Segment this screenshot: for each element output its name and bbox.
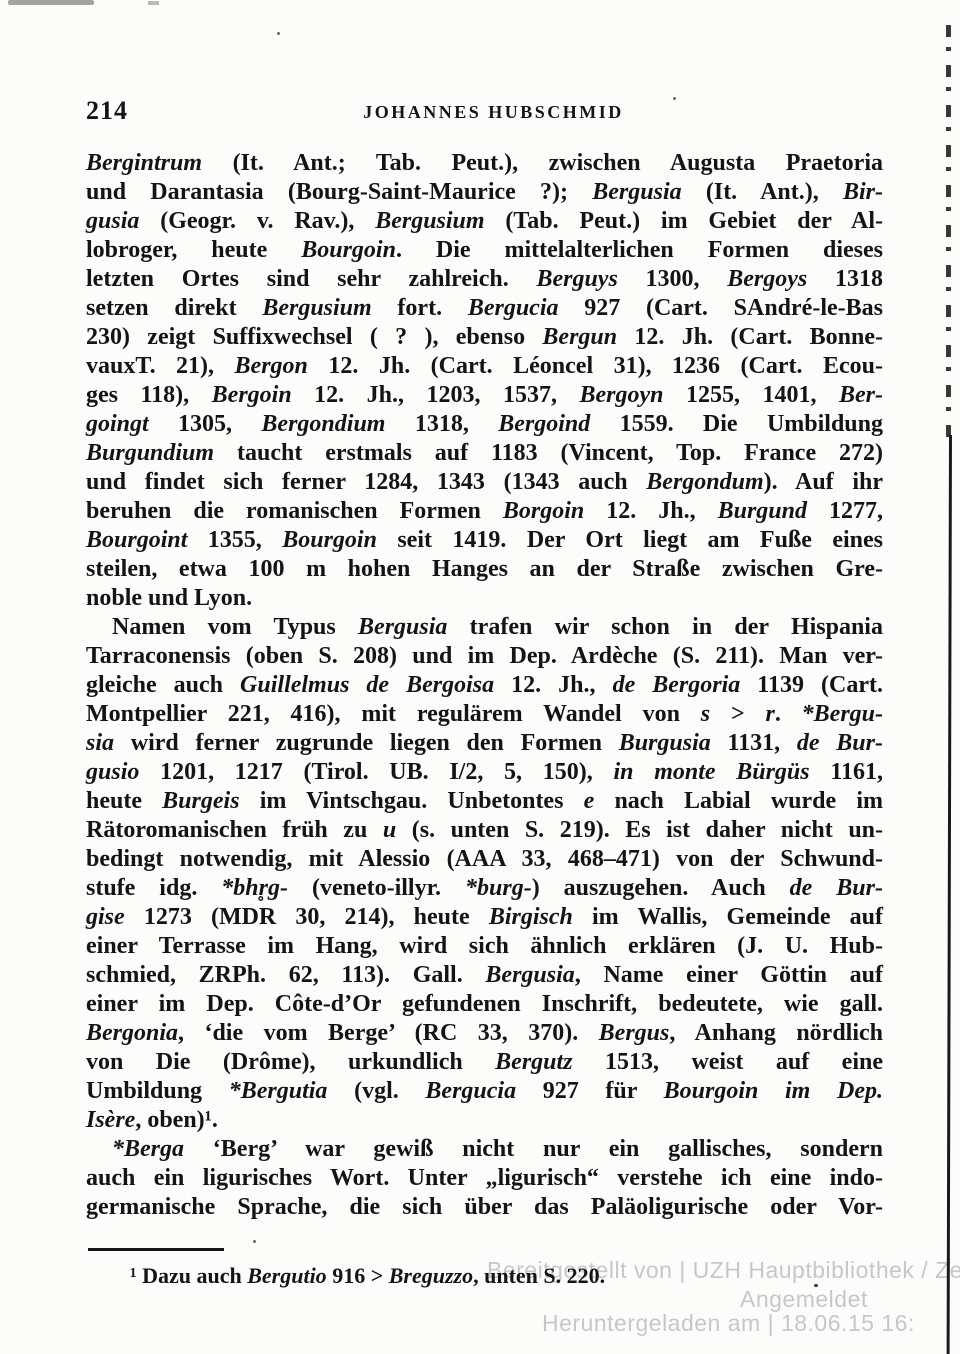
italic-text: Bergoys: [727, 266, 807, 292]
regular-text: , ‘die vom Berge’ (RC 33, 370).: [178, 1020, 599, 1046]
text-line: einer Terrasse im Hang, wird sich ähnlic…: [86, 932, 883, 961]
italic-text: Isère: [86, 1107, 135, 1133]
scanned-book-page: 214 JOHANNES HUBSCHMID Bergintrum (It. A…: [0, 0, 960, 1354]
text-line: gleiche auch Guillelmus de Bergoisa 12. …: [86, 671, 883, 700]
regular-text: Namen vom Typus: [112, 614, 358, 640]
watermark-downloaded-at: Heruntergeladen am | 18.06.15 16:: [542, 1310, 915, 1337]
regular-text: (Geogr. v. Rav.),: [139, 208, 375, 234]
text-line: einer im Dep. Côte-d’Or gefundenen Insch…: [86, 990, 883, 1019]
scan-speck: [814, 1284, 818, 1287]
text-line: gise 1273 (MDR 30, 214), heute Birgisch …: [86, 903, 883, 932]
footnote-text: ¹ Dazu auch Bergutio 916 > Breguzzo, unt…: [86, 1262, 883, 1289]
italic-text: Bergusia: [358, 614, 447, 640]
text-line: setzen direkt Bergusium fort. Bergucia 9…: [86, 294, 883, 323]
regular-text: ges 118),: [86, 382, 212, 408]
regular-text: ). Auf ihr: [764, 469, 883, 495]
italic-text: r: [765, 701, 774, 727]
regular-text: (Tab. Peut.) im Gebiet der Al-: [485, 208, 883, 234]
text-line: Namen vom Typus Bergusia trafen wir scho…: [86, 613, 883, 642]
italic-text: Bergoyn: [580, 382, 664, 408]
regular-text: 1201, 1217 (Tirol. UB. I/2, 5, 150),: [139, 759, 613, 785]
italic-text: Bergusia: [592, 179, 681, 205]
regular-text: taucht erstmals auf 1183 (Vincent, Top. …: [214, 440, 883, 466]
text-line: Umbildung *Bergutia (vgl. Bergucia 927 f…: [86, 1077, 883, 1106]
italic-text: Birgisch: [489, 904, 573, 930]
italic-text: Burgusia: [619, 730, 711, 756]
italic-text: Bergusium: [262, 295, 371, 321]
italic-text: *bhr̥g-: [221, 875, 288, 901]
regular-text: (veneto-illyr.: [288, 875, 465, 901]
regular-text: 12. Jh.,: [584, 498, 717, 524]
italic-text: de Bergoria: [613, 672, 741, 698]
italic-text: gusia: [86, 208, 139, 234]
footnote-rule: [88, 1248, 224, 1251]
regular-text: letzten Ortes sind sehr zahlreich.: [86, 266, 536, 292]
regular-text: 1277,: [807, 498, 883, 524]
regular-text: 1305,: [149, 411, 262, 437]
scan-speck: [253, 1240, 256, 1243]
italic-text: in monte Bürgüs: [613, 759, 809, 785]
regular-text: einer im Dep. Côte-d’Or gefundenen Insch…: [86, 991, 883, 1017]
regular-text: 1318: [807, 266, 883, 292]
text-line: vauxT. 21), Bergon 12. Jh. (Cart. Léonce…: [86, 352, 883, 381]
scan-smudge-artifact: [148, 1, 159, 5]
italic-text: Bourgoin im Dep.: [664, 1078, 883, 1104]
regular-text: heute: [86, 788, 162, 814]
text-line: goingt 1305, Bergondium 1318, Bergoind 1…: [86, 410, 883, 439]
regular-text: noble und Lyon.: [86, 585, 252, 611]
italic-text: goingt: [86, 411, 149, 437]
regular-text: (It. Ant.),: [682, 179, 843, 205]
regular-text: , Name einer Göttin auf: [575, 962, 883, 988]
regular-text: 1131,: [711, 730, 797, 756]
italic-text: *burg-: [465, 875, 532, 901]
italic-text: gusio: [86, 759, 139, 785]
regular-text: 1355,: [187, 527, 282, 553]
italic-text: Berguys: [536, 266, 617, 292]
regular-text: ¹ Dazu auch: [130, 1263, 247, 1288]
text-line: noble und Lyon.: [86, 584, 883, 613]
regular-text: 1318,: [385, 411, 498, 437]
regular-text: (It. Ant.; Tab. Peut.), zwischen Augusta…: [202, 150, 883, 176]
regular-text: , unten S. 220.: [473, 1263, 605, 1288]
italic-text: Guillelmus de Bergoisa: [240, 672, 494, 698]
running-header-author: JOHANNES HUBSCHMID: [86, 102, 883, 123]
text-line: gusia (Geogr. v. Rav.), Bergusium (Tab. …: [86, 207, 883, 236]
italic-text: Bergondium: [261, 411, 385, 437]
italic-text: e: [584, 788, 595, 814]
text-line: lobroger, heute Bourgoin. Die mittelalte…: [86, 236, 883, 265]
regular-text: 12. Jh., 1203, 1537,: [292, 382, 580, 408]
italic-text: Bergucia: [425, 1078, 516, 1104]
regular-text: schmied, ZRPh. 62, 113). Gall.: [86, 962, 485, 988]
regular-text: einer Terrasse im Hang, wird sich ähnlic…: [86, 933, 883, 959]
italic-text: de Bur-: [790, 875, 883, 901]
text-line: steilen, etwa 100 m hohen Hanges an der …: [86, 555, 883, 584]
body-text: Bergintrum (It. Ant.; Tab. Peut.), zwisc…: [86, 149, 883, 1222]
italic-text: Bir-: [843, 179, 883, 205]
italic-text: Burgund: [718, 498, 807, 524]
italic-text: *Bergu-: [802, 701, 883, 727]
text-line: Montpellier 221, 416), mit regulärem Wan…: [86, 700, 883, 729]
regular-text: trafen wir schon in der Hispania: [447, 614, 883, 640]
regular-text: Tarraconensis (oben S. 208) und im Dep. …: [86, 643, 883, 669]
italic-text: Bergonia: [86, 1020, 178, 1046]
italic-text: Bergoind: [498, 411, 590, 437]
italic-text: Bergusia: [485, 962, 574, 988]
text-line: Isère, oben)¹.: [86, 1106, 883, 1135]
text-line: Bourgoint 1355, Bourgoin seit 1419. Der …: [86, 526, 883, 555]
regular-text: 1255, 1401,: [664, 382, 840, 408]
italic-text: Bergutz: [495, 1049, 572, 1075]
italic-text: s: [701, 701, 710, 727]
italic-text: Bergutio: [247, 1263, 326, 1288]
regular-text: setzen direkt: [86, 295, 262, 321]
text-line: Bergintrum (It. Ant.; Tab. Peut.), zwisc…: [86, 149, 883, 178]
regular-text: ) auszugehen. Auch: [532, 875, 790, 901]
italic-text: Bergon: [235, 353, 308, 379]
regular-text: fort.: [372, 295, 468, 321]
regular-text: (vgl.: [327, 1078, 425, 1104]
regular-text: vauxT. 21),: [86, 353, 235, 379]
regular-text: gleiche auch: [86, 672, 240, 698]
italic-text: Bergoin: [212, 382, 292, 408]
scan-smudge-artifact: [8, 0, 94, 5]
text-line: Bergonia, ‘die vom Berge’ (RC 33, 370). …: [86, 1019, 883, 1048]
text-line: germanische Sprache, die sich über das P…: [86, 1193, 883, 1222]
italic-text: de Bur-: [797, 730, 883, 756]
text-line: schmied, ZRPh. 62, 113). Gall. Bergusia,…: [86, 961, 883, 990]
regular-text: , Anhang nördlich: [669, 1020, 883, 1046]
regular-text: im Wallis, Gemeinde auf: [573, 904, 883, 930]
regular-text: 916 >: [327, 1263, 389, 1288]
regular-text: 12. Jh. (Cart. Bonne-: [617, 324, 883, 350]
regular-text: bedingt notwendig, mit Alessio (AAA 33, …: [86, 846, 883, 872]
italic-text: Bourgoint: [86, 527, 187, 553]
text-line: *Berga ‘Berg’ war gewiß nicht nur ein ga…: [86, 1135, 883, 1164]
regular-text: lobroger, heute: [86, 237, 301, 263]
regular-text: im Vintschgau. Unbetontes: [240, 788, 584, 814]
regular-text: 1513, weist auf eine: [573, 1049, 883, 1075]
text-line: beruhen die romanischen Formen Borgoin 1…: [86, 497, 883, 526]
italic-text: *Bergutia: [229, 1078, 328, 1104]
italic-text: Burgeis: [162, 788, 239, 814]
regular-text: 12. Jh.,: [494, 672, 612, 698]
italic-text: Breguzzo: [389, 1263, 473, 1288]
scan-edge-dashes-artifact: [946, 25, 951, 445]
regular-text: 230) zeigt Suffixwechsel ( ? ), ebenso: [86, 324, 542, 350]
italic-text: Bergucia: [468, 295, 559, 321]
text-line: letzten Ortes sind sehr zahlreich. Bergu…: [86, 265, 883, 294]
italic-text: Bergusium: [375, 208, 484, 234]
regular-text: germanische Sprache, die sich über das P…: [86, 1194, 883, 1220]
text-line: und Darantasia (Bourg-Saint-Maurice ?); …: [86, 178, 883, 207]
text-line: und findet sich ferner 1284, 1343 (1343 …: [86, 468, 883, 497]
regular-text: Rätoromanischen früh zu: [86, 817, 383, 843]
regular-text: 927 für: [516, 1078, 664, 1104]
regular-text: 1559. Die Umbildung: [590, 411, 883, 437]
italic-text: Bourgoin: [301, 237, 396, 263]
regular-text: auch ein ligurisches Wort. Unter „liguri…: [86, 1165, 883, 1191]
regular-text: nach Labial wurde im: [594, 788, 883, 814]
regular-text: von Die (Drôme), urkundlich: [86, 1049, 495, 1075]
text-line: ges 118), Bergoin 12. Jh., 1203, 1537, B…: [86, 381, 883, 410]
regular-text: , oben)¹.: [135, 1107, 218, 1133]
text-line: stufe idg. *bhr̥g- (veneto-illyr. *burg-…: [86, 874, 883, 903]
regular-text: 1273 (MDR 30, 214), heute: [125, 904, 489, 930]
italic-text: sia: [86, 730, 114, 756]
regular-text: 1161,: [810, 759, 883, 785]
text-line: Rätoromanischen früh zu u (s. unten S. 2…: [86, 816, 883, 845]
regular-text: beruhen die romanischen Formen: [86, 498, 503, 524]
regular-text: Umbildung: [86, 1078, 229, 1104]
regular-text: 1300,: [618, 266, 727, 292]
italic-text: Bergintrum: [86, 150, 202, 176]
regular-text: steilen, etwa 100 m hohen Hanges an der …: [86, 556, 883, 582]
italic-text: Bergondum: [646, 469, 763, 495]
regular-text: und findet sich ferner 1284, 1343 (1343 …: [86, 469, 646, 495]
text-line: auch ein ligurisches Wort. Unter „liguri…: [86, 1164, 883, 1193]
regular-text: 1139 (Cart.: [740, 672, 883, 698]
regular-text: stufe idg.: [86, 875, 221, 901]
text-line: Tarraconensis (oben S. 208) und im Dep. …: [86, 642, 883, 671]
text-line: gusio 1201, 1217 (Tirol. UB. I/2, 5, 150…: [86, 758, 883, 787]
regular-text: 12. Jh. (Cart. Léoncel 31), 1236 (Cart. …: [308, 353, 883, 379]
regular-text: >: [710, 701, 765, 727]
regular-text: 927 (Cart. SAndré-le-Bas: [558, 295, 883, 321]
regular-text: wird ferner zugrunde liegen den Formen: [114, 730, 619, 756]
italic-text: *Berga: [112, 1136, 184, 1162]
text-line: heute Burgeis im Vintschgau. Unbetontes …: [86, 787, 883, 816]
text-line: 230) zeigt Suffixwechsel ( ? ), ebenso B…: [86, 323, 883, 352]
regular-text: und Darantasia (Bourg-Saint-Maurice ?);: [86, 179, 592, 205]
watermark-logged-in: Angemeldet: [740, 1286, 868, 1313]
text-line: sia wird ferner zugrunde liegen den Form…: [86, 729, 883, 758]
regular-text: .: [775, 701, 802, 727]
text-line: Burgundium taucht erstmals auf 1183 (Vin…: [86, 439, 883, 468]
scan-speck: [673, 97, 676, 100]
text-line: von Die (Drôme), urkundlich Bergutz 1513…: [86, 1048, 883, 1077]
italic-text: gise: [86, 904, 125, 930]
italic-text: u: [383, 817, 396, 843]
regular-text: seit 1419. Der Ort liegt am Fuße eines: [377, 527, 883, 553]
regular-text: (s. unten S. 219). Es ist daher nicht un…: [396, 817, 883, 843]
italic-text: Ber-: [839, 382, 883, 408]
italic-text: Bergun: [542, 324, 617, 350]
italic-text: Bourgoin: [282, 527, 377, 553]
scan-speck: [277, 32, 280, 35]
italic-text: Burgundium: [86, 440, 214, 466]
scan-edge-line-artifact: [947, 435, 952, 1354]
text-line: bedingt notwendig, mit Alessio (AAA 33, …: [86, 845, 883, 874]
italic-text: Borgoin: [503, 498, 584, 524]
regular-text: Montpellier 221, 416), mit regulärem Wan…: [86, 701, 701, 727]
regular-text: ‘Berg’ war gewiß nicht nur ein gallische…: [184, 1136, 883, 1162]
italic-text: Bergus: [599, 1020, 670, 1046]
regular-text: . Die mittelalterlichen Formen dieses: [396, 237, 883, 263]
